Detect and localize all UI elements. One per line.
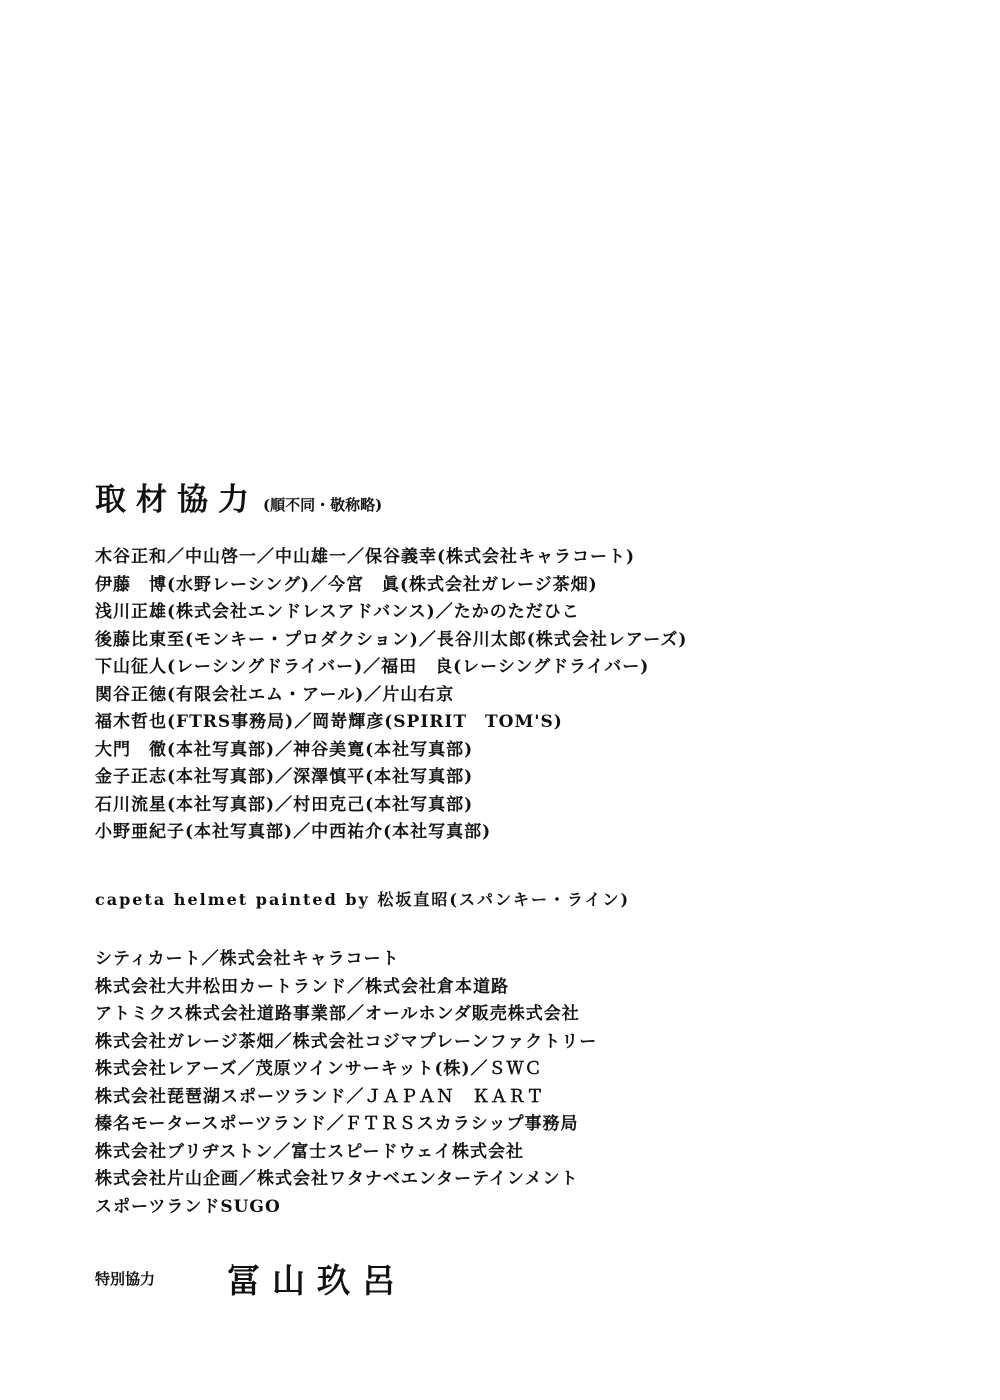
- credit-line: 株式会社琵琶湖スポーツランド／ＪＡＰＡＮ ＫＡＲＴ: [95, 1084, 597, 1112]
- credit-line: 株式会社レアーズ／茂原ツインサーキット(株)／ＳＷＣ: [95, 1056, 597, 1084]
- credit-line: 浅川正雄(株式会社エンドレスアドバンス)／たかのただひこ: [95, 599, 687, 627]
- credit-line: シティカート／株式会社キャラコート: [95, 946, 597, 974]
- credit-line: 小野亜紀子(本社写真部)／中西祐介(本社写真部): [95, 819, 687, 847]
- helmet-credit: capeta helmet painted by 松坂直昭(スパンキー・ライン): [95, 887, 630, 910]
- credit-line: 石川流星(本社写真部)／村田克己(本社写真部): [95, 792, 687, 820]
- credit-line: 後藤比東至(モンキー・プロダクション)／長谷川太郎(株式会社レアーズ): [95, 627, 687, 655]
- credit-line: 大門 徹(本社写真部)／神谷美寛(本社写真部): [95, 737, 687, 765]
- credit-line: 榛名モータースポーツランド／ＦＴＲＳスカラシップ事務局: [95, 1111, 597, 1139]
- credits-heading: 取材協力 (順不同・敬称略): [95, 474, 382, 519]
- credit-line: 関谷正徳(有限会社エム・アール)／片山右京: [95, 682, 687, 710]
- credit-line: 株式会社片山企画／株式会社ワタナベエンターテインメント: [95, 1166, 597, 1194]
- heading-note: (順不同・敬称略): [263, 494, 382, 515]
- special-thanks: 特別協力 冨山玖呂: [95, 1255, 407, 1302]
- credit-line: アトミクス株式会社道路事業部／オールホンダ販売株式会社: [95, 1001, 597, 1029]
- company-credits-list: シティカート／株式会社キャラコート 株式会社大井松田カートランド／株式会社倉本道…: [95, 946, 597, 1221]
- people-credits-list: 木谷正和／中山啓一／中山雄一／保谷義幸(株式会社キャラコート) 伊藤 博(水野レ…: [95, 544, 687, 847]
- special-thanks-label: 特別協力: [95, 1268, 227, 1289]
- credit-line: 下山征人(レーシングドライバー)／福田 良(レーシングドライバー): [95, 654, 687, 682]
- credit-line: 木谷正和／中山啓一／中山雄一／保谷義幸(株式会社キャラコート): [95, 544, 687, 572]
- credit-line: スポーツランドSUGO: [95, 1194, 597, 1222]
- special-thanks-name: 冨山玖呂: [227, 1255, 407, 1302]
- heading-title: 取材協力: [95, 474, 259, 519]
- credit-line: 福木哲也(FTRS事務局)／岡嵜輝彦(SPIRIT TOM'S): [95, 709, 687, 737]
- credit-line: 株式会社ガレージ茶畑／株式会社コジマプレーンファクトリー: [95, 1029, 597, 1057]
- credit-line: 株式会社ブリヂストン／富士スピードウェイ株式会社: [95, 1139, 597, 1167]
- credit-line: 金子正志(本社写真部)／深澤慎平(本社写真部): [95, 764, 687, 792]
- credit-line: 株式会社大井松田カートランド／株式会社倉本道路: [95, 974, 597, 1002]
- credits-page: 取材協力 (順不同・敬称略) 木谷正和／中山啓一／中山雄一／保谷義幸(株式会社キ…: [0, 0, 1000, 1400]
- credit-line: 伊藤 博(水野レーシング)／今宮 眞(株式会社ガレージ茶畑): [95, 572, 687, 600]
